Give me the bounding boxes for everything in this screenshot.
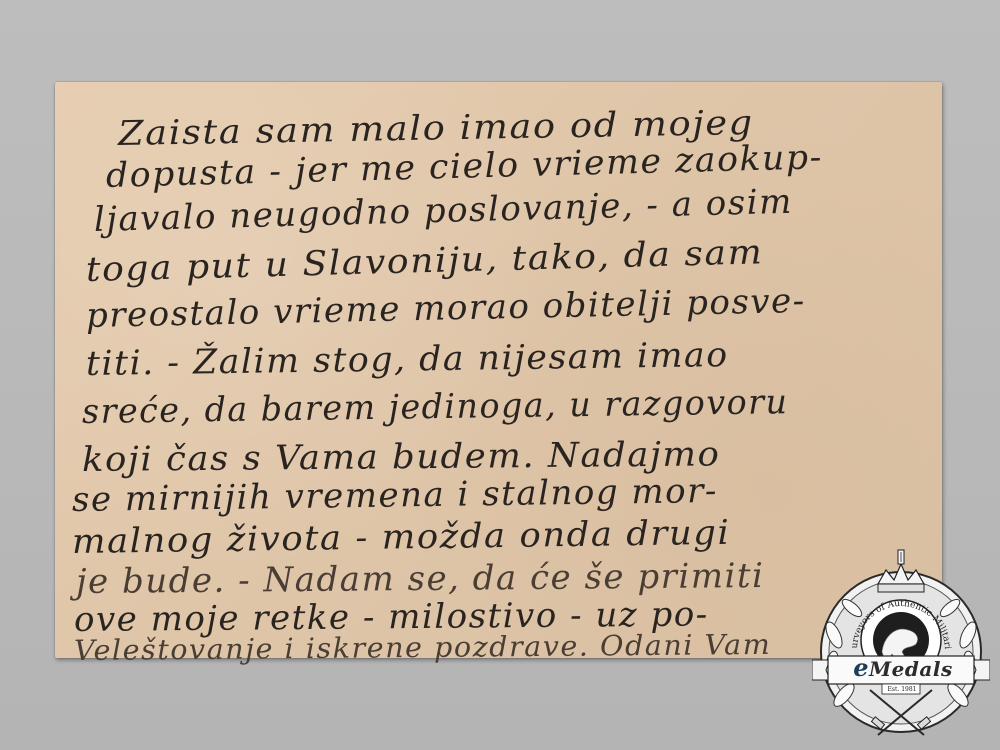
brand-prefix: e <box>853 653 869 682</box>
emedals-brand-name: eMedals <box>848 653 958 682</box>
brand-suffix: Medals <box>869 657 953 681</box>
emedals-badge-icon: Purveyors of Authentic Militaria <box>812 540 990 740</box>
established-label: Est. 1981 <box>882 686 922 693</box>
emedals-watermark: Purveyors of Authentic Militaria eMedals… <box>812 540 990 740</box>
letter-line-13: Veleštovanje i iskrene pozdrave. Odani V… <box>74 628 772 667</box>
